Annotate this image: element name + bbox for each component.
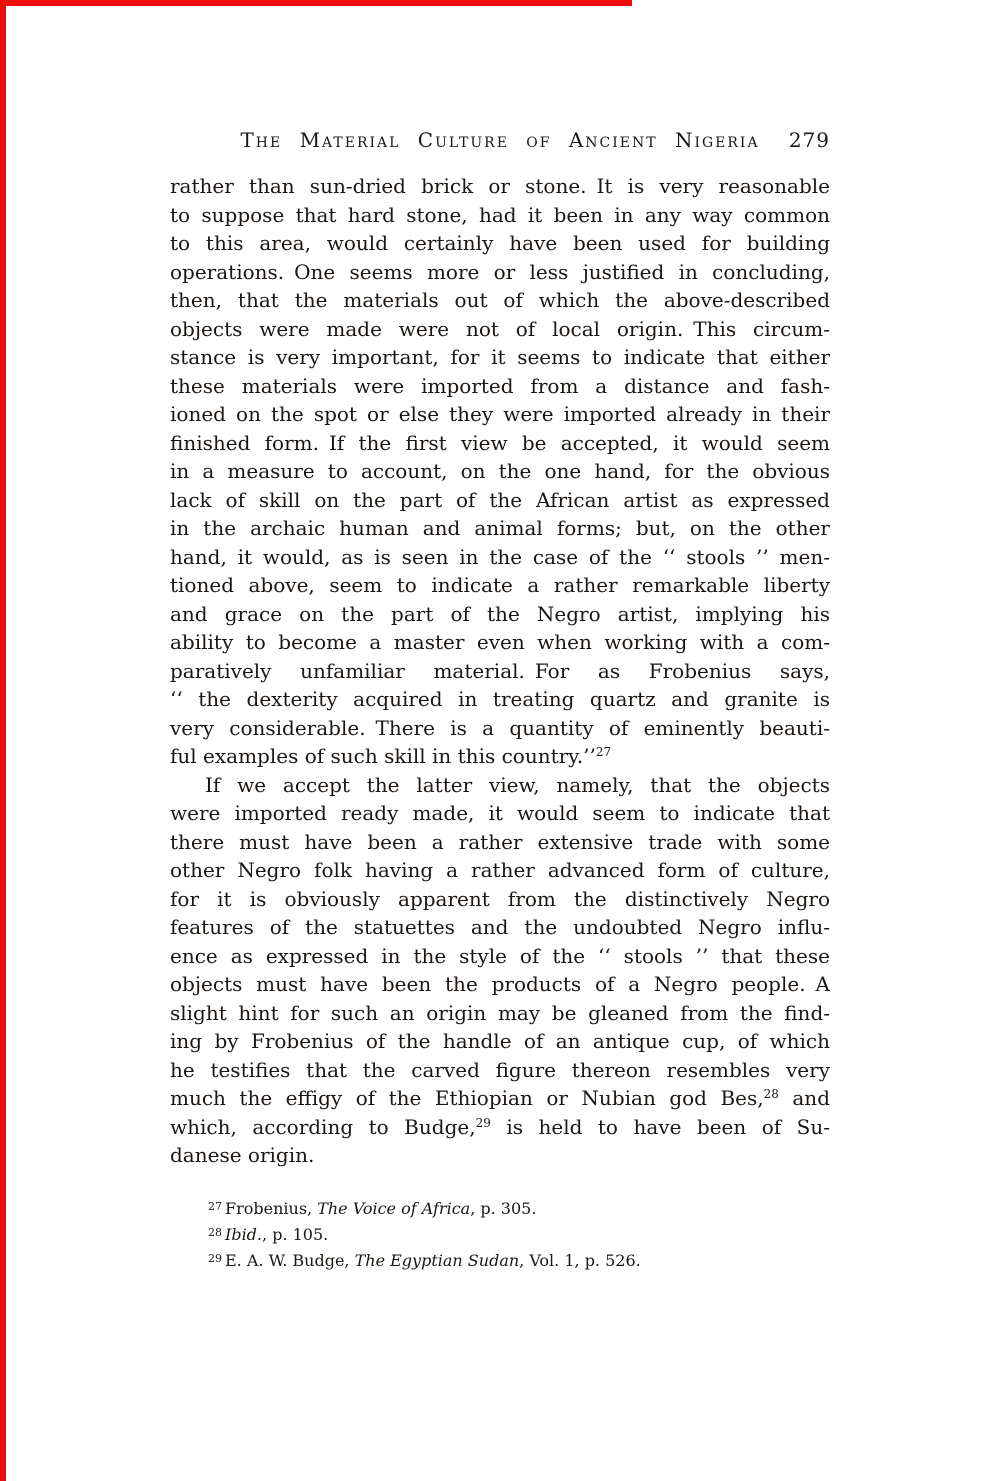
text-line: ioned on the spot or else they were impo… bbox=[170, 400, 830, 429]
text-line: lack of skill on the part of the African… bbox=[170, 486, 830, 515]
text-segment: , p. 305. bbox=[470, 1199, 536, 1218]
footnote-reference-number: 29 bbox=[476, 1116, 491, 1130]
text-segment: then, that the materials out of which th… bbox=[170, 288, 830, 312]
text-line: danese origin. bbox=[170, 1141, 830, 1170]
text-segment: stance is very important, for it seems t… bbox=[170, 345, 830, 369]
text-line: in the archaic human and animal forms; b… bbox=[170, 514, 830, 543]
text-line: paratively unfamiliar material. For as F… bbox=[170, 657, 830, 686]
scan-artifact-left-red-line bbox=[0, 0, 6, 1481]
text-segment: much the effigy of the Ethiopian or Nubi… bbox=[170, 1086, 764, 1110]
text-segment: there must have been a rather extensive … bbox=[170, 830, 830, 854]
text-line: to suppose that hard stone, had it been … bbox=[170, 201, 830, 230]
text-segment: objects must have been the products of a… bbox=[170, 972, 830, 996]
text-segment: ‘‘ the dexterity acquired in treating qu… bbox=[170, 687, 830, 711]
text-line: finished form. If the first view be acce… bbox=[170, 429, 830, 458]
text-segment: The Egyptian Sudan bbox=[355, 1251, 520, 1270]
text-segment: and bbox=[779, 1086, 830, 1110]
text-segment: he testifies that the carved figure ther… bbox=[170, 1058, 830, 1082]
text-segment: these materials were imported from a dis… bbox=[170, 374, 830, 398]
text-segment: to suppose that hard stone, had it been … bbox=[170, 203, 830, 227]
text-segment: lack of skill on the part of the African… bbox=[170, 488, 830, 512]
text-line: then, that the materials out of which th… bbox=[170, 286, 830, 315]
text-segment: , p. 105. bbox=[262, 1225, 328, 1244]
text-line: stance is very important, for it seems t… bbox=[170, 343, 830, 372]
text-segment: were imported ready made, it would seem … bbox=[170, 801, 830, 825]
text-segment: slight hint for such an origin may be gl… bbox=[170, 1001, 830, 1025]
running-header: The Material Culture of Ancient Nigeria … bbox=[170, 128, 830, 154]
text-line: slight hint for such an origin may be gl… bbox=[170, 999, 830, 1028]
text-line: ful examples of such skill in this count… bbox=[170, 742, 830, 771]
paragraph: If we accept the latter view, namely, th… bbox=[170, 771, 830, 1170]
page-number: 279 bbox=[789, 128, 830, 152]
text-segment: in a measure to account, on the one hand… bbox=[170, 459, 830, 483]
text-segment: ence as expressed in the style of the ‘‘… bbox=[170, 944, 830, 968]
text-line: and grace on the part of the Negro artis… bbox=[170, 600, 830, 629]
text-line: other Negro folk having a rather advance… bbox=[170, 856, 830, 885]
running-header-title: The Material Culture of Ancient Nigeria bbox=[240, 128, 759, 152]
text-line: in a measure to account, on the one hand… bbox=[170, 457, 830, 486]
footnote-reference-number: 28 bbox=[208, 1226, 222, 1239]
text-segment: and grace on the part of the Negro artis… bbox=[170, 602, 830, 626]
book-page-scan: The Material Culture of Ancient Nigeria … bbox=[0, 0, 1000, 1481]
footnote: 29E. A. W. Budge, The Egyptian Sudan, Vo… bbox=[208, 1248, 830, 1274]
text-line: operations. One seems more or less justi… bbox=[170, 258, 830, 287]
footnote-reference-number: 27 bbox=[596, 745, 611, 759]
footnote: 28Ibid., p. 105. bbox=[208, 1222, 830, 1248]
text-segment: danese origin. bbox=[170, 1143, 314, 1167]
text-line: features of the statuettes and the undou… bbox=[170, 913, 830, 942]
text-segment: finished form. If the first view be acce… bbox=[170, 431, 830, 455]
text-line: these materials were imported from a dis… bbox=[170, 372, 830, 401]
text-segment: If we accept the latter view, namely, th… bbox=[205, 773, 830, 797]
text-segment: in the archaic human and animal forms; b… bbox=[170, 516, 830, 540]
text-line: to this area, would certainly have been … bbox=[170, 229, 830, 258]
footnotes-block: 27Frobenius, The Voice of Africa, p. 305… bbox=[170, 1196, 830, 1274]
text-line: which, according to Budge,29 is held to … bbox=[170, 1113, 830, 1142]
footnote: 27Frobenius, The Voice of Africa, p. 305… bbox=[208, 1196, 830, 1222]
text-segment: other Negro folk having a rather advance… bbox=[170, 858, 830, 882]
text-segment: operations. One seems more or less justi… bbox=[170, 260, 830, 284]
text-segment: tioned above, seem to indicate a rather … bbox=[170, 573, 830, 597]
text-column: The Material Culture of Ancient Nigeria … bbox=[170, 128, 830, 1274]
text-segment: which, according to Budge, bbox=[170, 1115, 476, 1139]
text-segment: Ibid. bbox=[225, 1225, 262, 1244]
text-segment: very considerable. There is a quantity o… bbox=[170, 716, 830, 740]
text-line: objects must have been the products of a… bbox=[170, 970, 830, 999]
footnote-reference-number: 28 bbox=[764, 1087, 779, 1101]
text-segment: ing by Frobenius of the handle of an ant… bbox=[170, 1029, 830, 1053]
text-line: If we accept the latter view, namely, th… bbox=[170, 771, 830, 800]
text-line: he testifies that the carved figure ther… bbox=[170, 1056, 830, 1085]
text-line: ability to become a master even when wor… bbox=[170, 628, 830, 657]
body-text: rather than sun-dried brick or stone. It… bbox=[170, 172, 830, 1170]
text-line: ence as expressed in the style of the ‘‘… bbox=[170, 942, 830, 971]
text-segment: ioned on the spot or else they were impo… bbox=[170, 402, 830, 426]
text-line: were imported ready made, it would seem … bbox=[170, 799, 830, 828]
text-segment: to this area, would certainly have been … bbox=[170, 231, 830, 255]
paragraph: rather than sun-dried brick or stone. It… bbox=[170, 172, 830, 771]
text-segment: The Voice of Africa bbox=[317, 1199, 470, 1218]
text-line: ‘‘ the dexterity acquired in treating qu… bbox=[170, 685, 830, 714]
text-segment: ful examples of such skill in this count… bbox=[170, 744, 596, 768]
text-line: there must have been a rather extensive … bbox=[170, 828, 830, 857]
footnote-reference-number: 29 bbox=[208, 1252, 222, 1265]
scan-artifact-top-red-line bbox=[0, 0, 632, 6]
text-segment: features of the statuettes and the undou… bbox=[170, 915, 830, 939]
text-line: very considerable. There is a quantity o… bbox=[170, 714, 830, 743]
text-line: for it is obviously apparent from the di… bbox=[170, 885, 830, 914]
text-segment: objects were made were not of local orig… bbox=[170, 317, 830, 341]
text-segment: E. A. W. Budge, bbox=[225, 1251, 355, 1270]
footnote-reference-number: 27 bbox=[208, 1200, 222, 1213]
text-line: objects were made were not of local orig… bbox=[170, 315, 830, 344]
text-line: ing by Frobenius of the handle of an ant… bbox=[170, 1027, 830, 1056]
text-line: rather than sun-dried brick or stone. It… bbox=[170, 172, 830, 201]
text-segment: Frobenius, bbox=[225, 1199, 317, 1218]
text-line: hand, it would, as is seen in the case o… bbox=[170, 543, 830, 572]
text-segment: for it is obviously apparent from the di… bbox=[170, 887, 830, 911]
text-line: much the effigy of the Ethiopian or Nubi… bbox=[170, 1084, 830, 1113]
text-segment: rather than sun-dried brick or stone. It… bbox=[170, 174, 830, 198]
text-line: tioned above, seem to indicate a rather … bbox=[170, 571, 830, 600]
text-segment: paratively unfamiliar material. For as F… bbox=[170, 659, 830, 683]
text-segment: hand, it would, as is seen in the case o… bbox=[170, 545, 830, 569]
text-segment: is held to have been of Su- bbox=[491, 1115, 830, 1139]
text-segment: , Vol. 1, p. 526. bbox=[519, 1251, 641, 1270]
text-segment: ability to become a master even when wor… bbox=[170, 630, 830, 654]
